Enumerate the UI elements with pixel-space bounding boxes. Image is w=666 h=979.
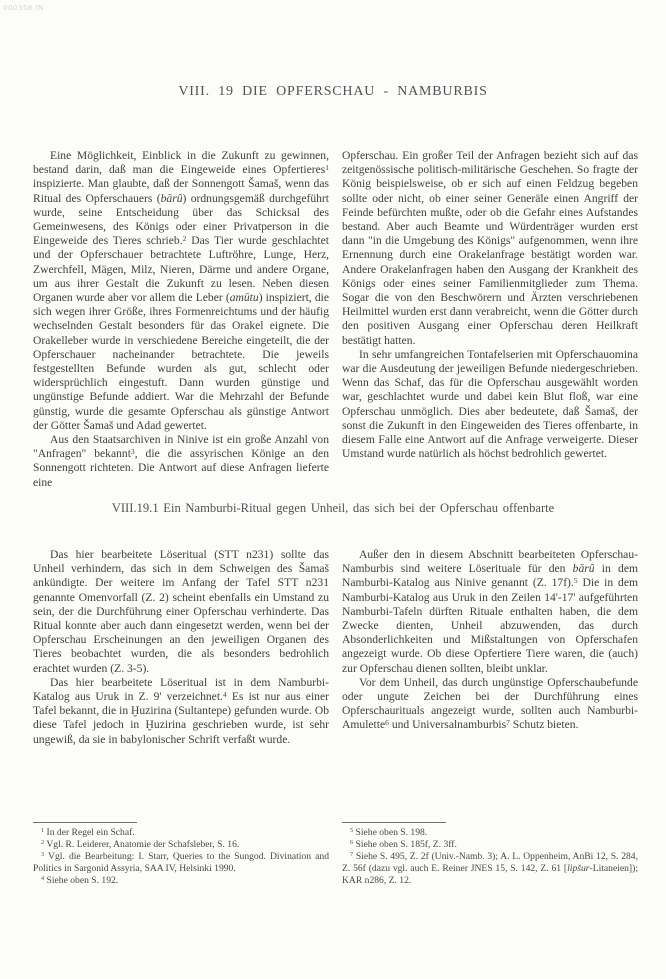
footnote-ref: 5: [350, 827, 353, 834]
paragraph: 3 Vgl. die Bearbeitung: I. Starr, Querie…: [33, 851, 329, 875]
paragraph: 4 Siehe oben S. 192.: [33, 875, 329, 887]
italic-term: amūtu: [230, 291, 259, 304]
text-run: Vgl. R. Leiderer, Anatomie der Schafsleb…: [44, 839, 239, 850]
footnote-ref: 2: [41, 839, 44, 846]
text-run: ) inspiziert, die sich wegen ihrer Größe…: [33, 291, 329, 432]
footnotes-right: 5 Siehe oben S. 198.6 Siehe oben S. 185f…: [342, 822, 638, 887]
paragraph: Das hier bearbeitete Löseritual (STT n23…: [33, 548, 329, 676]
section2-right-column: Außer den in diesem Abschnitt bearbeitet…: [342, 548, 638, 747]
paragraph: Eine Möglichkeit, Einblick in die Zukunf…: [33, 149, 329, 433]
paragraph: Das hier bearbeitete Löseritual ist in d…: [33, 676, 329, 747]
section1-columns: Eine Möglichkeit, Einblick in die Zukunf…: [33, 149, 638, 490]
paragraph: Opferschau. Ein großer Teil der Anfragen…: [342, 149, 638, 348]
footnote-ref: 1: [41, 827, 44, 834]
paragraph: Außer den in diesem Abschnitt bearbeitet…: [342, 548, 638, 676]
text-run: Vgl. die Bearbeitung: I. Starr, Queries …: [33, 851, 329, 874]
footnote-ref: 6: [385, 718, 389, 727]
footnote-list-left: 1 In der Regel ein Schaf.2 Vgl. R. Leide…: [33, 827, 329, 887]
paragraph: 1 In der Regel ein Schaf.: [33, 827, 329, 839]
footnote-ref: 2: [183, 234, 187, 243]
document-page: 000358.IN VIII. 19 DIE OPFERSCHAU - NAMB…: [0, 0, 666, 979]
scan-artifact-label: 000358.IN: [3, 4, 44, 12]
footnote-ref: 1: [325, 163, 329, 172]
footnote-ref: 6: [350, 839, 353, 846]
footnote-ref: 7: [350, 851, 353, 858]
paragraph: 7 Siehe S. 495, Z. 2f (Univ.-Namb. 3); A…: [342, 851, 638, 887]
text-run: Siehe oben S. 198.: [353, 827, 427, 838]
paragraph: In sehr umfangreichen Tontafelserien mit…: [342, 348, 638, 462]
footnote-separator: [33, 822, 137, 823]
section2-left-column: Das hier bearbeitete Löseritual (STT n23…: [33, 548, 329, 747]
text-run: Das hier bearbeitete Löseritual (STT n23…: [33, 548, 329, 675]
text-run: In sehr umfangreichen Tontafelserien mit…: [342, 348, 638, 460]
text-run: Siehe oben S. 192.: [44, 875, 118, 886]
italic-term: bārû: [161, 192, 183, 205]
footnote-ref: 3: [41, 851, 44, 858]
text-run: Schutz bieten.: [510, 718, 579, 731]
italic-term: bārû: [573, 562, 595, 575]
footnote-ref: 4: [41, 875, 44, 882]
paragraph: 6 Siehe oben S. 185f, Z. 3ff.: [342, 839, 638, 851]
footnote-ref: 5: [574, 576, 578, 585]
paragraph: Vor dem Unheil, das durch ungünstige Opf…: [342, 676, 638, 733]
text-run: In der Regel ein Schaf.: [44, 827, 135, 838]
section2-columns: Das hier bearbeitete Löseritual (STT n23…: [33, 548, 638, 747]
text-run: Eine Möglichkeit, Einblick in die Zukunf…: [33, 149, 329, 176]
paragraph: 2 Vgl. R. Leiderer, Anatomie der Schafsl…: [33, 839, 329, 851]
footnote-ref: 3: [131, 447, 135, 456]
section1-right-column: Opferschau. Ein großer Teil der Anfragen…: [342, 149, 638, 490]
footnote-ref: 4: [223, 690, 227, 699]
section1-left-column: Eine Möglichkeit, Einblick in die Zukunf…: [33, 149, 329, 490]
italic-term: lipšur: [567, 863, 589, 874]
footnote-separator: [342, 822, 446, 823]
footnote-ref: 7: [506, 718, 510, 727]
footnotes-left: 1 In der Regel ein Schaf.2 Vgl. R. Leide…: [33, 822, 329, 887]
text-run: Siehe oben S. 185f, Z. 3ff.: [353, 839, 457, 850]
paragraph: Aus den Staatsarchiven in Ninive ist ein…: [33, 433, 329, 490]
paragraph: 5 Siehe oben S. 198.: [342, 827, 638, 839]
text-run: Die in dem Namburbi-Katalog aus Uruk in …: [342, 576, 638, 674]
footnote-list-right: 5 Siehe oben S. 198.6 Siehe oben S. 185f…: [342, 827, 638, 887]
page-title: VIII. 19 DIE OPFERSCHAU - NAMBURBIS: [0, 84, 666, 100]
section2-heading: VIII.19.1 Ein Namburbi-Ritual gegen Unhe…: [0, 501, 666, 516]
text-run: Opferschau. Ein großer Teil der Anfragen…: [342, 149, 638, 347]
text-run: und Universalnamburbis: [389, 718, 506, 731]
